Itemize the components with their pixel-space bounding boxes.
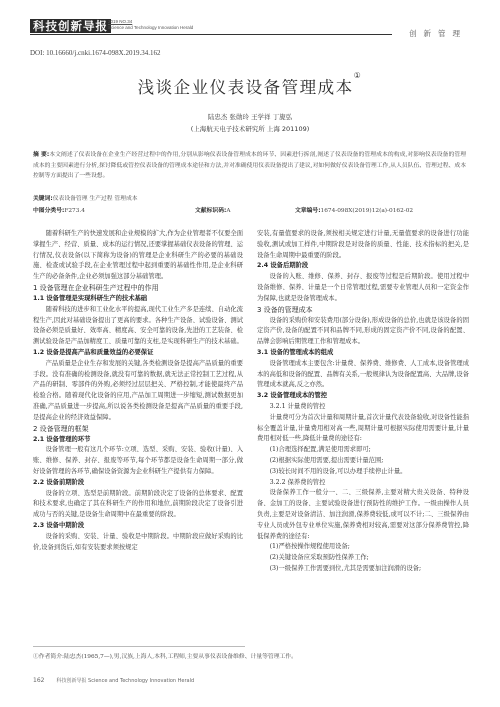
section-1-1-text: 随着科技的进步和工业化水平的提高,现代工业生产多是连续、自动化流程生产,因此对基… [33,305,243,348]
article-no-value: 1674-098X(2019)12(a)-0162-02 [321,208,414,214]
section-3-2-1-text: 计量费可分为首次计量和周期计量,首次计量代表设备验收,对设备性能指标全覆盖计量,… [257,413,469,445]
journal-header: 科技创新导报 2019 NO.34 Science and Technology… [30,19,470,35]
list-item: (3)较长时间不用的设备,可以办理手续停止计量。 [257,467,469,478]
footer-journal: 科技创新导报 Science and Technology Innovation… [56,678,194,684]
section-3-2-heading: 3.2 设备管理成本的管控 [257,391,469,402]
footnote-rule [33,646,245,647]
doc-code-value: A [226,208,230,214]
section-2-4-heading: 2.4 设备后期阶段 [257,261,469,272]
section-tag: 创新管理 [409,28,467,39]
journal-meta: 2019 NO.34 Science and Technology Innova… [108,19,193,31]
section-1-1-heading: 1.1 设备管理是实现科研生产的技术基础 [33,294,243,305]
author-footnote: ①作者简介:陆忠杰(1965,7—),男,汉族,上海人,本科,工程师,主要从事仪… [33,651,297,660]
header-rule [30,34,392,35]
classification-row: 中图分类号:F273.4 文献标识码:A 文章编号:1674-098X(2019… [33,205,466,215]
page-footer: 162科技创新导报 Science and Technology Innovat… [33,677,194,684]
section-3-2-2-heading: 3.2.2 保养费的管控 [257,478,469,489]
section-3-2-2-text: 设备保养工作一般分一、二、三级保养,主要对精大贵关设备、特种设备、金加工的设备、… [257,488,469,542]
paper-title: 浅谈企业仪表设备管理成本① [0,74,500,98]
section-2-2-text: 设备的立项、选型是前期阶段。前期阶段决定了设备的总体要求、配置和技术要求,也确定… [33,489,243,521]
section-1-2-text: 产品质量是企业生存和发展的关键,各类检测设备是提高产品质量的重要手段。没有准确的… [33,359,243,424]
authors: 陆忠杰 张勋玲 王学祥 丁旎弘 [0,112,500,121]
right-column: 安装,有量值要求的设备,须按相关规定进行计量,无量值要求的设备进行功能验收,测试… [257,229,469,575]
keywords: 关键词:仪表设备管理 生产过程 管理成本 [33,193,138,202]
section-2-2-heading: 2.2 设备前期阶段 [33,478,243,489]
left-column: 随着科研生产的快速发展和企业规模的扩大,作为企业管理者不仅要全面掌握生产、经营、… [33,229,243,553]
list-item: (2)关键设备应采取预防性保养工作; [257,553,469,564]
clc-label: 中图分类号: [33,208,64,214]
affiliation: (上海航天电子技术研究所 上海 201109) [0,124,500,133]
list-item: (2)根据实际使用需要,提出需要计量范围; [257,456,469,467]
section-3-text: 设备的采购价和安装费用(部分设备),形成设备的总价,也就是该设备的固定资产价,设… [257,316,469,348]
doc-code: 文献标识码:A [195,205,231,214]
keywords-text: 仪表设备管理 生产过程 管理成本 [53,196,138,202]
clc-value: F273.4 [64,208,85,214]
clc: 中图分类号:F273.4 [33,205,85,214]
abstract-label: 摘 要: [33,152,49,158]
abstract-text: 本文阐述了仪表设备在企业生产经营过程中的作用,分别从影响仪表设备管理成本的环节、… [33,152,466,179]
section-3-heading: 3 设备的管理成本 [257,305,469,316]
doc-code-label: 文献标识码: [195,208,226,214]
article-no-label: 文章编号: [295,208,321,214]
title-footnote-marker: ① [354,71,363,80]
section-2-3-continued: 安装,有量值要求的设备,须按相关规定进行计量,无量值要求的设备进行功能验收,测试… [257,229,469,261]
list-item: (3)一级保养工作需要到位,尤其是需要加注润滑的设备; [257,564,469,575]
section-2-heading: 2 设备管理的框架 [33,424,243,435]
title-text: 浅谈企业仪表设备管理成本 [138,78,354,97]
page-number: 162 [33,677,44,684]
section-2-1-text: 设备管理一般有这几个环节:立项、选型、采购、安装、验收(计量)、入账、维修、保养… [33,445,243,477]
section-3-1-heading: 3.1 设备的管理成本的组成 [257,348,469,359]
list-item: (1)合理选择配置,满足使用需求即可; [257,445,469,456]
article-number: 文章编号:1674-098X(2019)12(a)-0162-02 [295,205,413,214]
section-2-1-heading: 2.1 设备管理的环节 [33,435,243,446]
section-2-3-heading: 2.3 设备中期阶段 [33,521,243,532]
section-1-heading: 1 设备管理在企业科研生产过程中的作用 [33,283,243,294]
section-3-1-text: 设备管理成本主要包含:计量费、保养费、维修费、人工成本,设备管理成本的高低和设备… [257,359,469,391]
section-1-2-heading: 1.2 设备是提高产品和质量效益的必要保证 [33,348,243,359]
doi: DOI: 10.16660/j.cnki.1674-098X.2019.34.1… [30,49,160,57]
list-item: (1)严格按操作规程使用设备; [257,542,469,553]
abstract: 摘 要:本文阐述了仪表设备在企业生产经营过程中的作用,分别从影响仪表设备管理成本… [33,150,466,182]
section-2-4-text: 设备的入账、维修、保养、封存、报废等过程是后期阶段。使用过程中设备维修、保养、计… [257,272,469,304]
journal-english-name: Science and Technology Innovation Herald [108,25,193,31]
section-3-2-1-heading: 3.2.1 计量费的管控 [257,402,469,413]
intro-paragraph: 随着科研生产的快速发展和企业规模的扩大,作为企业管理者不仅要全面掌握生产、经营、… [33,229,243,283]
keywords-label: 关键词: [33,196,53,202]
section-2-3-text: 设备的采购、安装、计量、验收是中期阶段。中期阶段应做好采购的比价,设备到货后,如… [33,532,243,554]
journal-logo: 科技创新导报 [30,19,111,33]
